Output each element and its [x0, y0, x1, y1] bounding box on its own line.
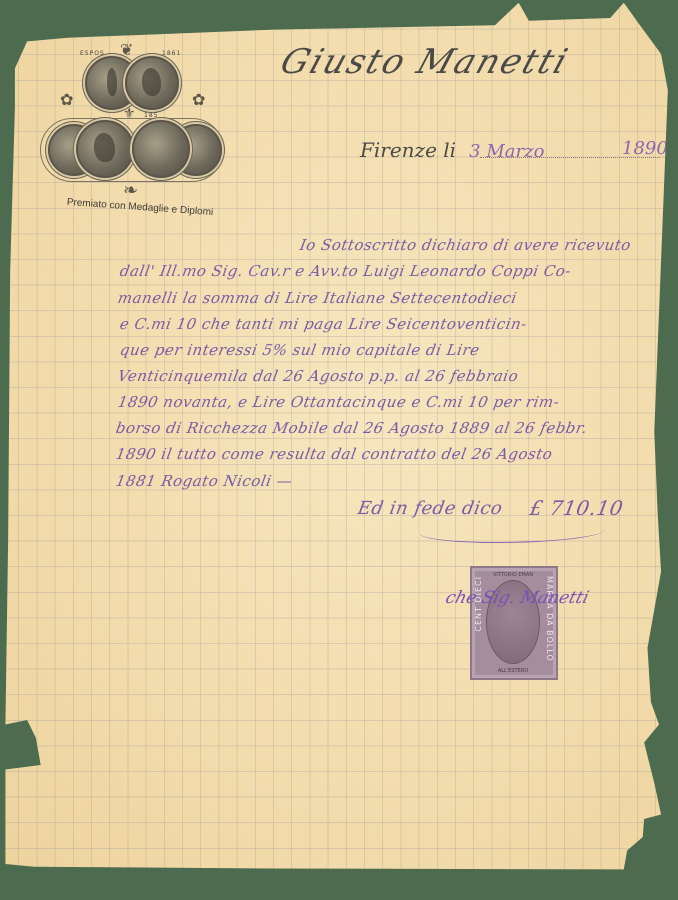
letterhead-engraving: ❦ ESPOS 1861 ✿ ✿ ⚜ 185 ❧ Premiato con Me…: [40, 40, 225, 215]
body-line: borso di Ricchezza Mobile dal 26 Agosto …: [114, 419, 589, 437]
document-paper: ❦ ESPOS 1861 ✿ ✿ ⚜ 185 ❧ Premiato con Me…: [0, 0, 678, 900]
stamp-bottom-text: ALL'ESTERO: [484, 668, 542, 674]
body-line: e C.mi 10 che tanti mi paga Lire Seicent…: [118, 315, 528, 333]
revenue-stamp: CENT DIECI MARCA DA BOLLO VITTORIO EMAN …: [470, 566, 558, 680]
medal-label-left: ESPOS: [80, 50, 105, 57]
body-line: dall' Ill.mo Sig. Cav.r e Avv.to Luigi L…: [118, 262, 572, 280]
stamp-top-text: VITTORIO EMAN: [484, 572, 542, 578]
closing-text: Ed in fede dico: [356, 498, 504, 519]
closing-amount: £ 710.10: [528, 496, 625, 520]
date-dotted-line: [480, 157, 660, 158]
place-printed: Firenze li: [360, 138, 456, 162]
body-line: Venticinquemila dal 26 Agosto p.p. al 26…: [116, 367, 519, 385]
crest-ornament-icon: ❦: [120, 40, 133, 59]
medal-label-right: 1861: [162, 50, 181, 57]
date-handwritten: 3 Marzo: [469, 141, 544, 162]
date-year: 1890: [622, 138, 668, 159]
body-line: 1890 il tutto come resulta dal contratto…: [114, 445, 554, 463]
body-line: 1890 novanta, e Lire Ottantacinque e C.m…: [116, 393, 560, 411]
body-line: 1881 Rogato Nicoli —: [114, 472, 294, 490]
place-date-line: Firenze li 3 Marzo 1890: [360, 138, 660, 162]
scroll-ornament-icon: ❧: [123, 180, 138, 201]
signature: che Sig. Manetti: [443, 588, 591, 608]
letterhead-caption: Premiato con Medaglie e Diplomi: [55, 196, 225, 219]
medal-scene-icon: [132, 120, 190, 178]
medal-king-profile-icon: [76, 120, 134, 178]
brand-name: Giusto Manetti: [276, 42, 575, 82]
foliage-left-icon: ✿: [60, 90, 73, 109]
closing-flourish: [420, 520, 605, 543]
body-line: manelli la somma di Lire Italiane Settec…: [116, 289, 518, 307]
body-line: que per interessi 5% sul mio capitale di…: [118, 341, 481, 359]
foliage-right-icon: ✿: [192, 90, 205, 109]
medal-king-portrait-icon: [125, 56, 179, 110]
body-line: Io Sottoscritto dichiaro di avere ricevu…: [298, 236, 632, 254]
